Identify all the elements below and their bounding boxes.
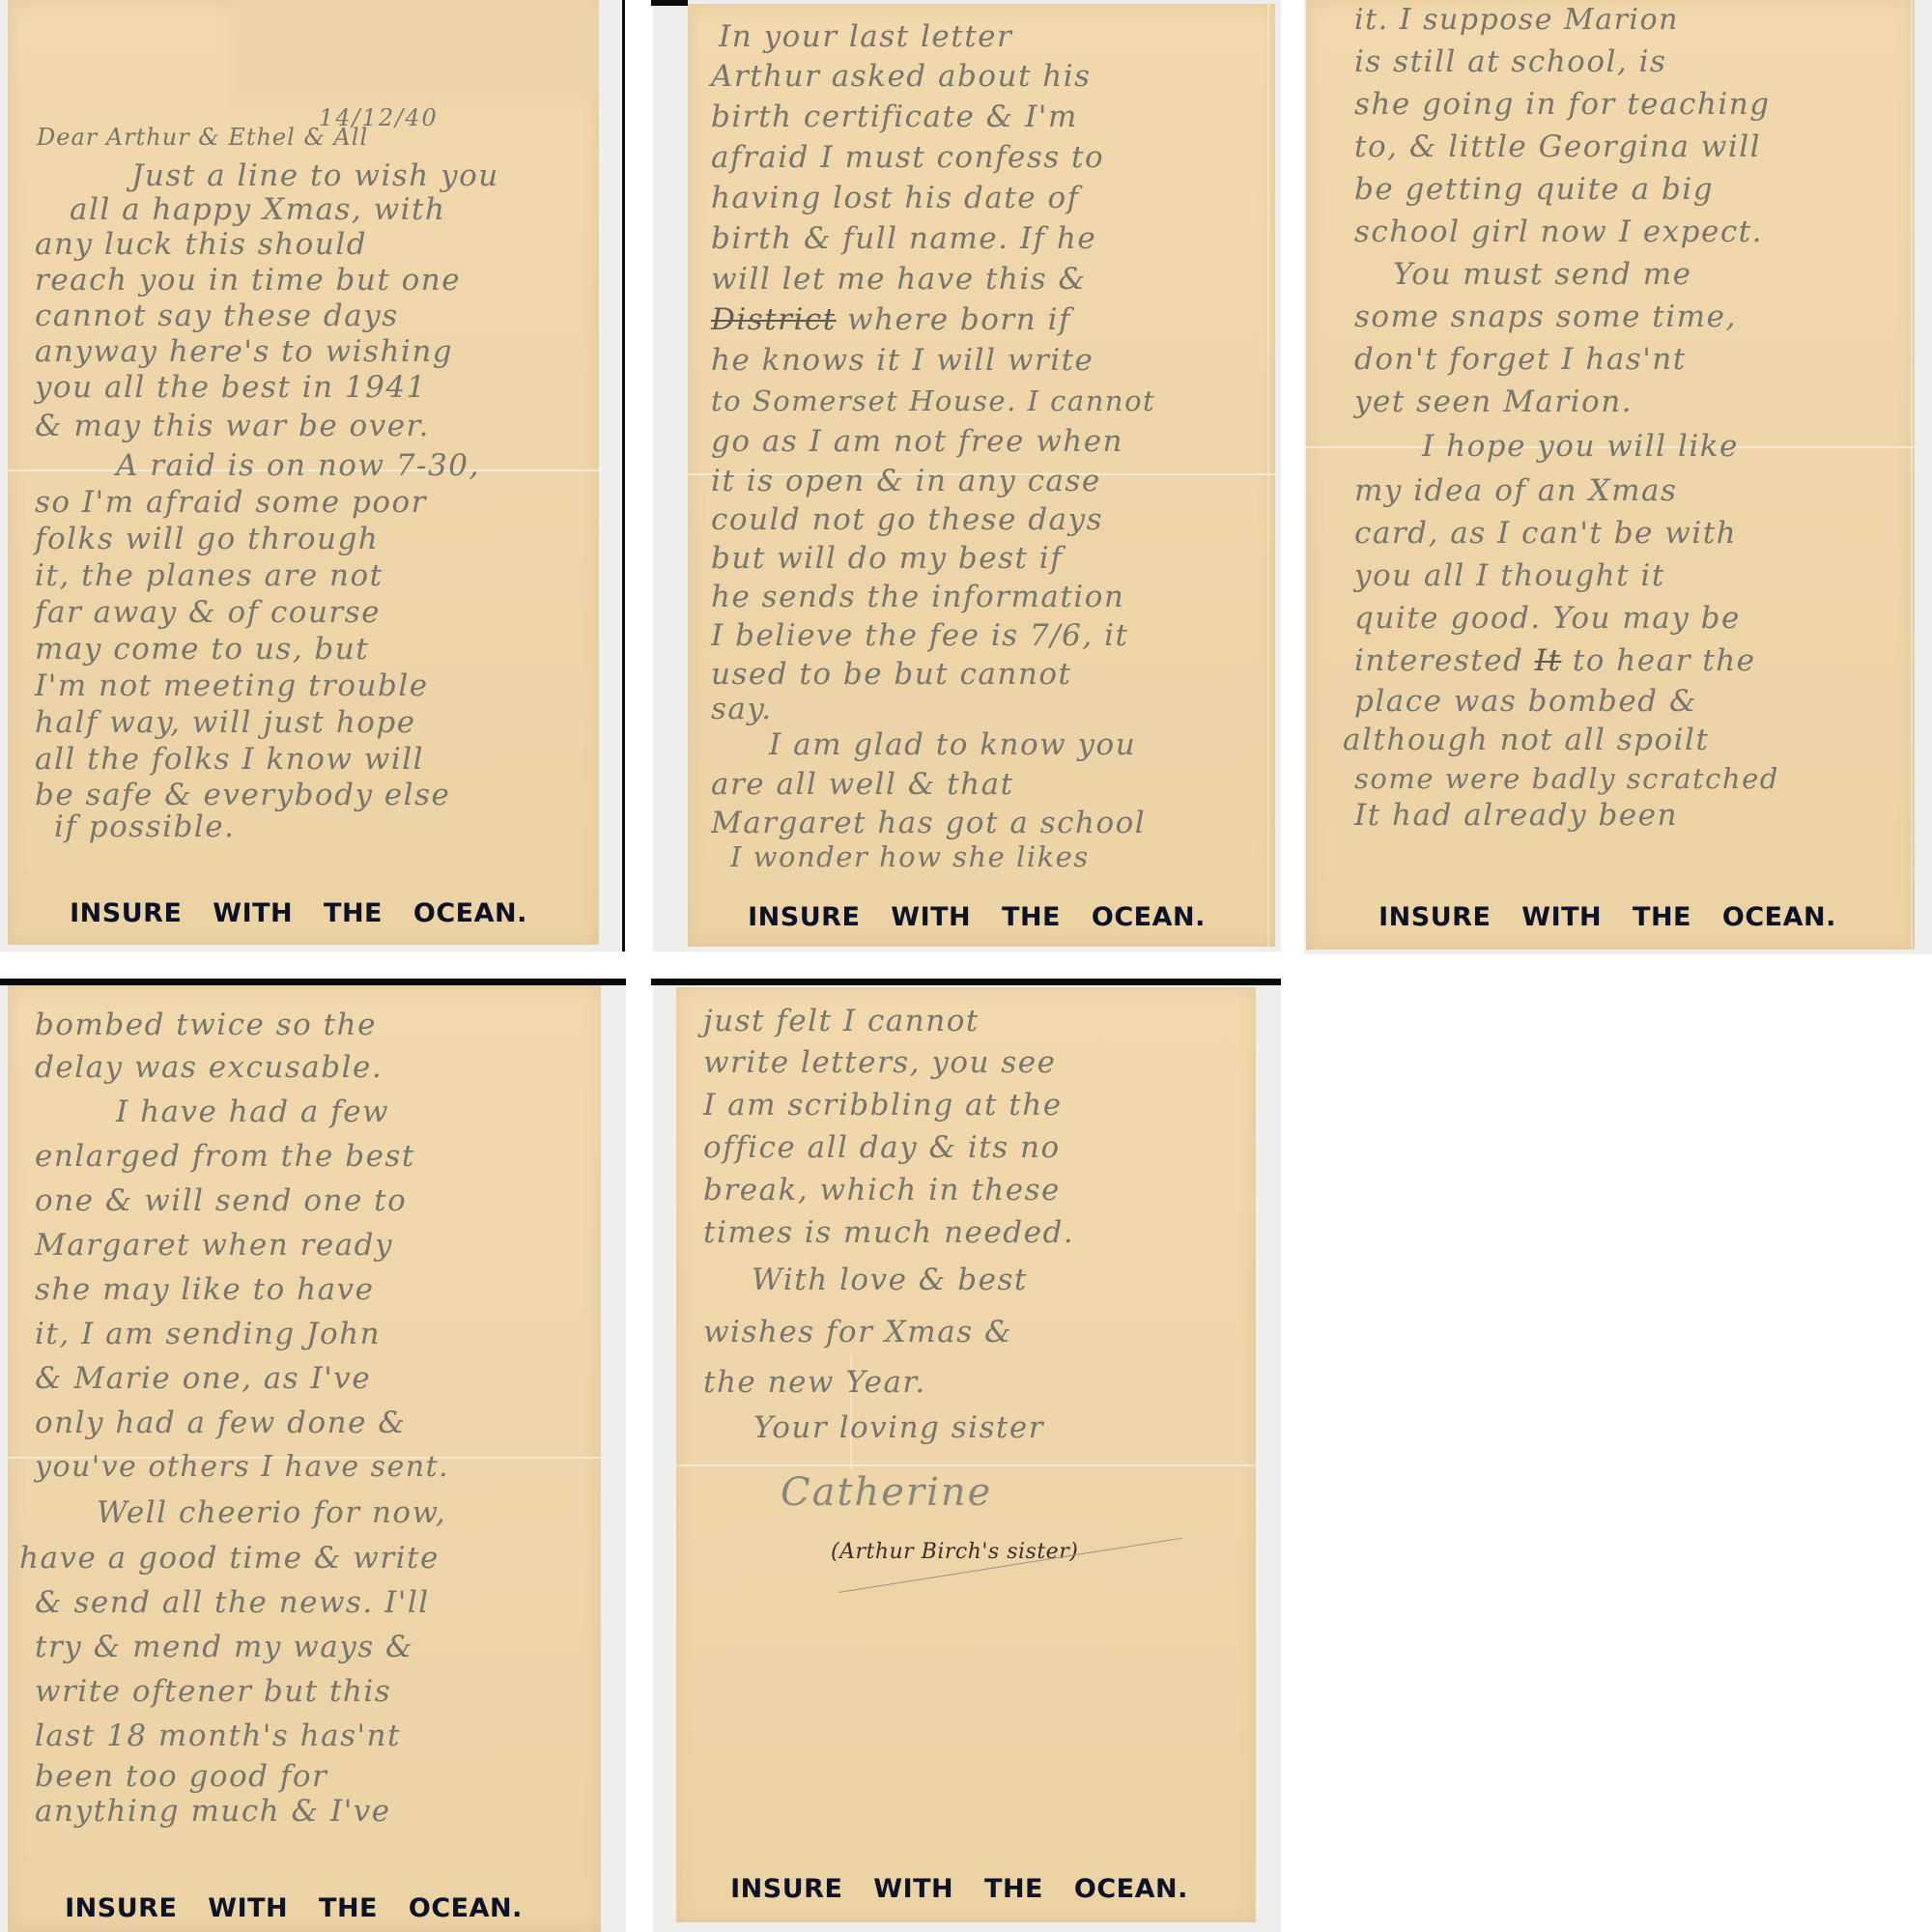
text-line: delay was excusable. — [35, 1045, 601, 1090]
text-line: although not all spoilt — [1343, 721, 1915, 759]
text-line: times is much needed. — [703, 1211, 1256, 1254]
text-line: far away & of course — [35, 594, 599, 631]
text-line: it, I am sending John — [35, 1312, 601, 1356]
text-line: all the folks I know will — [35, 741, 599, 778]
text-line: don't forget I has'nt — [1354, 338, 1915, 381]
text-line: yet seen Marion. — [1354, 381, 1915, 423]
text-line: you all the best in 1941 — [35, 370, 599, 406]
text-line: Your loving sister — [703, 1406, 1256, 1449]
text-line: Well cheerio for now, — [35, 1490, 601, 1536]
text-line: & send all the news. I'll — [35, 1580, 601, 1625]
text-line: could not go these days — [711, 500, 1275, 539]
text-line: she may like to have — [35, 1267, 601, 1312]
page-3-body: it. I suppose Marion is still at school,… — [1306, 0, 1915, 833]
text-line: some were badly scratched — [1354, 759, 1915, 798]
text-line: afraid I must confess to — [711, 137, 1275, 178]
text-line: it is open & in any case — [711, 462, 1275, 500]
text-line: the new Year. — [703, 1358, 1256, 1406]
text-line: place was bombed & — [1354, 682, 1915, 721]
fold-line — [676, 1464, 1256, 1467]
text-line: to Somerset House. I cannot — [711, 381, 1275, 421]
letter-page-1: 14/12/40 Dear Arthur & Ethel & All Just … — [8, 0, 599, 945]
page-1-body: Just a line to wish you all a happy Xmas… — [8, 160, 599, 841]
text-line: anything much & I've — [35, 1795, 601, 1828]
text-line: say. — [711, 694, 1275, 724]
text-line: You must send me — [1354, 253, 1915, 296]
text-line: may come to us, but — [35, 631, 599, 668]
text-line: anyway here's to wishing — [35, 334, 599, 370]
text-line-with-strikethrough: interested It to hear the — [1354, 639, 1915, 682]
text-line: It had already been — [1354, 798, 1915, 833]
text-line: having lost his date of — [711, 178, 1275, 218]
text-line: A raid is on now 7-30, — [35, 447, 599, 484]
text-line-rest: where born if — [837, 302, 1071, 337]
text-line-with-strikethrough: District where born if — [711, 299, 1275, 340]
text-line: Just a line to wish you — [35, 160, 599, 192]
text-line: & Marie one, as I've — [35, 1356, 601, 1401]
text-line: last 18 month's has'nt — [35, 1714, 601, 1758]
text-line: bombed twice so the — [35, 1005, 601, 1045]
insurance-footer: INSURE WITH THE OCEAN. — [688, 902, 1275, 932]
text-line: she going in for teaching — [1354, 83, 1915, 126]
text-line: office all day & its no — [703, 1126, 1256, 1169]
text-line: write letters, you see — [703, 1041, 1256, 1084]
page-2-body: In your last letter Arthur asked about h… — [688, 17, 1275, 871]
text-line-start: interested — [1354, 643, 1535, 678]
text-line: all a happy Xmas, with — [35, 192, 599, 227]
text-line: but will do my best if — [711, 539, 1275, 578]
text-line: Arthur asked about his — [711, 56, 1275, 97]
text-line: & may this war be over. — [35, 406, 599, 447]
text-line: will let me have this & — [711, 259, 1275, 299]
text-line: been too good for — [35, 1758, 601, 1795]
struck-word: It — [1535, 643, 1562, 678]
text-line: it. I suppose Marion — [1354, 0, 1915, 41]
scanner-edge — [651, 0, 688, 6]
text-line-rest: to hear the — [1561, 643, 1755, 678]
text-line: he knows it I will write — [711, 340, 1275, 381]
scanner-edge — [651, 979, 1281, 985]
text-line: birth & full name. If he — [711, 218, 1275, 259]
text-line: card, as I can't be with — [1354, 512, 1915, 554]
text-line: reach you in time but one — [35, 263, 599, 298]
text-line: Margaret when ready — [35, 1223, 601, 1267]
text-line: have a good time & write — [19, 1536, 601, 1580]
text-line: is still at school, is — [1354, 41, 1915, 83]
insurance-footer: INSURE WITH THE OCEAN. — [676, 1874, 1256, 1904]
text-line: enlarged from the best — [35, 1134, 601, 1179]
text-line: are all well & that — [711, 765, 1275, 804]
text-line: you've others I have sent. — [35, 1445, 601, 1490]
text-line: one & will send one to — [35, 1179, 601, 1223]
text-line: quite good. You may be — [1354, 597, 1915, 639]
insurance-footer: INSURE WITH THE OCEAN. — [8, 898, 599, 928]
letter-page-2: In your last letter Arthur asked about h… — [688, 4, 1275, 947]
text-line: I am glad to know you — [711, 724, 1275, 765]
text-line: I wonder how she likes — [711, 842, 1275, 871]
insurance-footer: INSURE WITH THE OCEAN. — [8, 1893, 601, 1923]
letter-page-3: it. I suppose Marion is still at school,… — [1306, 0, 1915, 950]
letter-page-4: bombed twice so the delay was excusable.… — [8, 985, 601, 1932]
scanner-edge — [0, 979, 626, 985]
text-line: only had a few done & — [35, 1401, 601, 1445]
signature: Catherine — [781, 1470, 992, 1515]
text-line: Margaret has got a school — [711, 804, 1275, 842]
text-line: school girl now I expect. — [1354, 211, 1915, 253]
text-line: I'm not meeting trouble — [35, 668, 599, 704]
salutation: Dear Arthur & Ethel & All — [37, 124, 368, 151]
text-line: break, which in these — [703, 1169, 1256, 1211]
text-line: my idea of an Xmas — [1354, 469, 1915, 512]
text-line: used to be but cannot — [711, 655, 1275, 694]
redacted-region — [230, 0, 599, 104]
text-line: if possible. — [35, 812, 599, 841]
struck-word: District — [711, 302, 837, 337]
text-line: With love & best — [703, 1254, 1256, 1306]
scanner-edge — [622, 0, 625, 952]
text-line: write oftener but this — [35, 1669, 601, 1714]
text-line: I hope you will like — [1354, 423, 1915, 469]
text-line: wishes for Xmas & — [703, 1306, 1256, 1358]
text-line: I am scribbling at the — [703, 1084, 1256, 1126]
text-line: I believe the fee is 7/6, it — [711, 616, 1275, 655]
text-line: I have had a few — [35, 1090, 601, 1134]
text-line: he sends the information — [711, 578, 1275, 616]
text-line: so I'm afraid some poor — [35, 484, 599, 521]
text-line: half way, will just hope — [35, 704, 599, 741]
text-line: try & mend my ways & — [35, 1625, 601, 1669]
text-line: to, & little Georgina will — [1354, 126, 1915, 168]
page-5-body: just felt I cannot write letters, you se… — [676, 1001, 1256, 1449]
text-line: folks will go through — [35, 521, 599, 557]
text-line: you all I thought it — [1354, 554, 1915, 597]
text-line: it, the planes are not — [35, 557, 599, 594]
letter-page-5: just felt I cannot write letters, you se… — [676, 987, 1256, 1922]
text-line: In your last letter — [711, 17, 1275, 56]
text-line: any luck this should — [35, 227, 599, 263]
text-line: be safe & everybody else — [35, 778, 599, 812]
text-line: be getting quite a big — [1354, 168, 1915, 211]
text-line: birth certificate & I'm — [711, 97, 1275, 137]
text-line: just felt I cannot — [703, 1001, 1256, 1041]
text-line: some snaps some time, — [1354, 296, 1915, 338]
text-line: go as I am not free when — [711, 421, 1275, 462]
text-line: cannot say these days — [35, 298, 599, 334]
page-4-body: bombed twice so the delay was excusable.… — [8, 1005, 601, 1828]
insurance-footer: INSURE WITH THE OCEAN. — [1306, 902, 1915, 932]
